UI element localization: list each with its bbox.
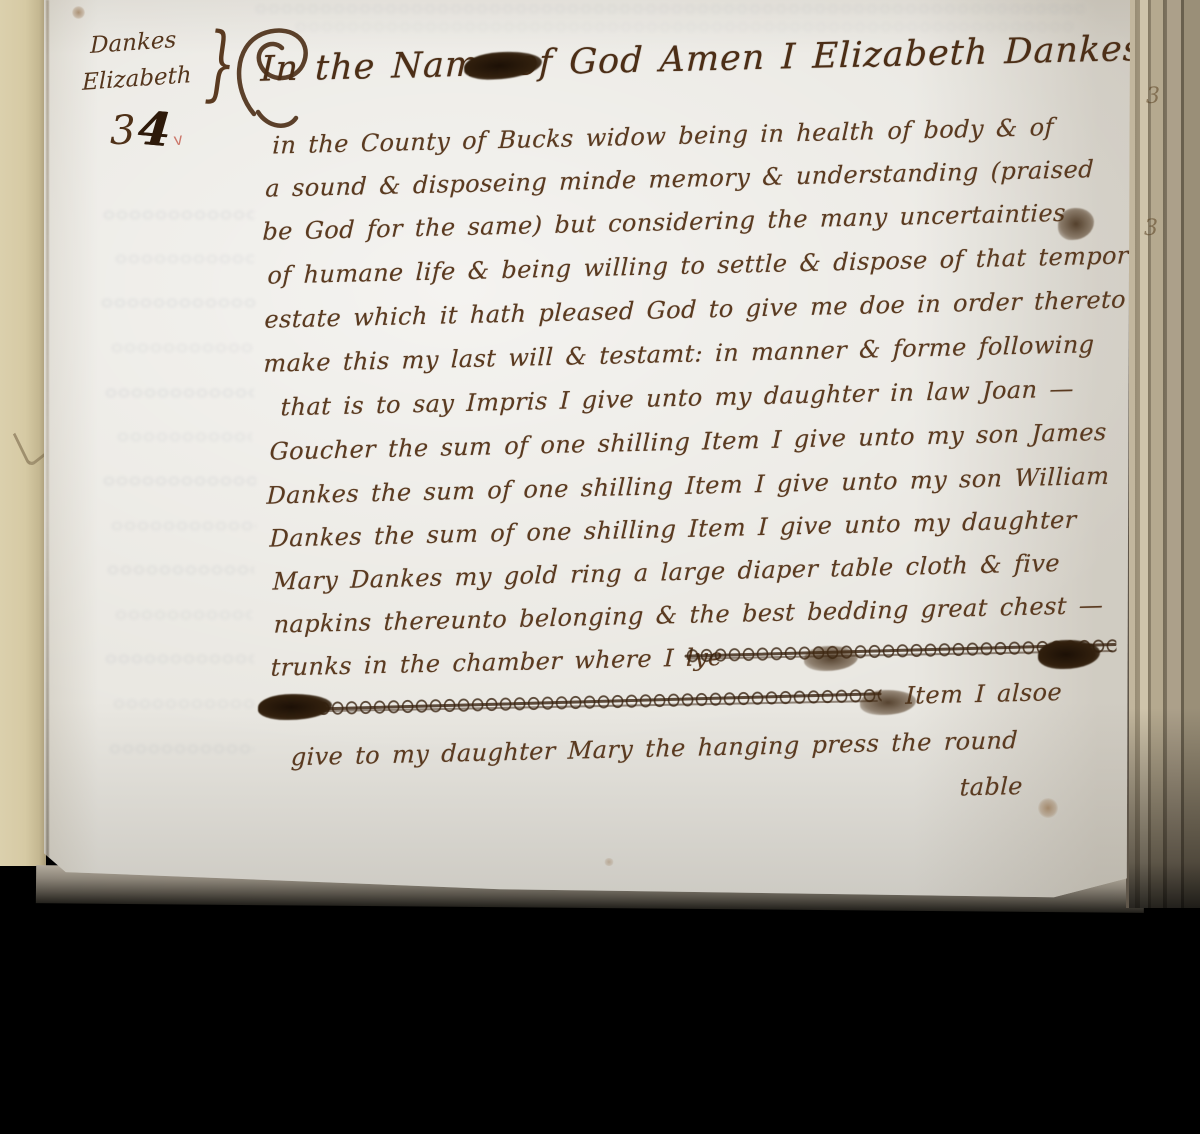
ghost-showthrough-row [110, 341, 252, 354]
crossed-out-text-scribble [273, 685, 881, 719]
page-crease [46, 0, 49, 864]
ghost-showthrough-row [102, 474, 256, 487]
ghost-showthrough-row [104, 652, 254, 665]
manuscript-line: estate which it hath pleased God to give… [264, 285, 1126, 333]
manuscript-line: be God for the same) but considering the… [262, 199, 1066, 246]
paper-stain [1038, 798, 1058, 818]
margin-surname: Dankes [90, 27, 176, 59]
ghost-showthrough-row [116, 430, 252, 443]
fore-edge-mark: 3 [1146, 84, 1160, 109]
manuscript-line: Dankes the sum of one shilling Item I gi… [266, 462, 1109, 510]
manuscript-line: in the County of Bucks widow being in he… [272, 113, 1054, 159]
manuscript-line: make this my last will & testamt: in man… [263, 330, 1095, 378]
ghost-showthrough-row [114, 252, 254, 265]
folio-number-under: 3 [110, 108, 135, 154]
book-fore-edge [1126, 0, 1200, 908]
manuscript-line: of humane life & being willing to settle… [267, 241, 1160, 290]
ghost-showthrough-row [112, 697, 254, 710]
manuscript-line: In the Name of God Amen I Elizabeth Dank… [260, 24, 1200, 90]
ghost-showthrough-row [100, 296, 256, 309]
manuscript-line: give to my daughter Mary the hanging pre… [290, 726, 1018, 771]
margin-forename: Elizabeth [82, 62, 191, 96]
ghost-showthrough-row [108, 742, 254, 755]
folio-number-over: 4 [136, 101, 173, 158]
red-check-mark: v [173, 130, 184, 151]
ghost-showthrough-row [254, 2, 1084, 15]
ghost-showthrough-row [110, 519, 256, 532]
manuscript-line: napkins thereunto belonging & the best b… [273, 591, 1103, 639]
ghost-showthrough-row [114, 608, 252, 621]
manuscript-photo: 3 3 Dankes Elizabeth } 3 4 v In the Na [0, 0, 1200, 1134]
manuscript-line: Dankes the sum of one shilling Item I gi… [269, 506, 1077, 553]
manuscript-line: that is to say Impris I give unto my dau… [280, 375, 1074, 422]
ghost-showthrough-row [106, 563, 254, 576]
ghost-showthrough-row [104, 386, 254, 399]
fore-edge-mark: 3 [1144, 216, 1158, 241]
manuscript-line: Mary Dankes my gold ring a large diaper … [272, 549, 1060, 596]
manuscript-line: table [959, 772, 1023, 802]
manuscript-line: Goucher the sum of one shilling Item I g… [269, 418, 1107, 466]
manuscript-page: Dankes Elizabeth } 3 4 v In the Name of … [44, 0, 1130, 900]
paper-stain [604, 858, 614, 866]
will-text-block: In the Name of God Amen I Elizabeth Dank… [250, 23, 1174, 844]
ghost-showthrough-row [102, 208, 254, 221]
manuscript-line: Item I alsoe [905, 678, 1062, 710]
manuscript-line: a sound & disposeing minde memory & unde… [265, 155, 1094, 203]
paper-stain [72, 6, 85, 19]
manuscript-line: trunks in the chamber where I lye [270, 643, 723, 682]
